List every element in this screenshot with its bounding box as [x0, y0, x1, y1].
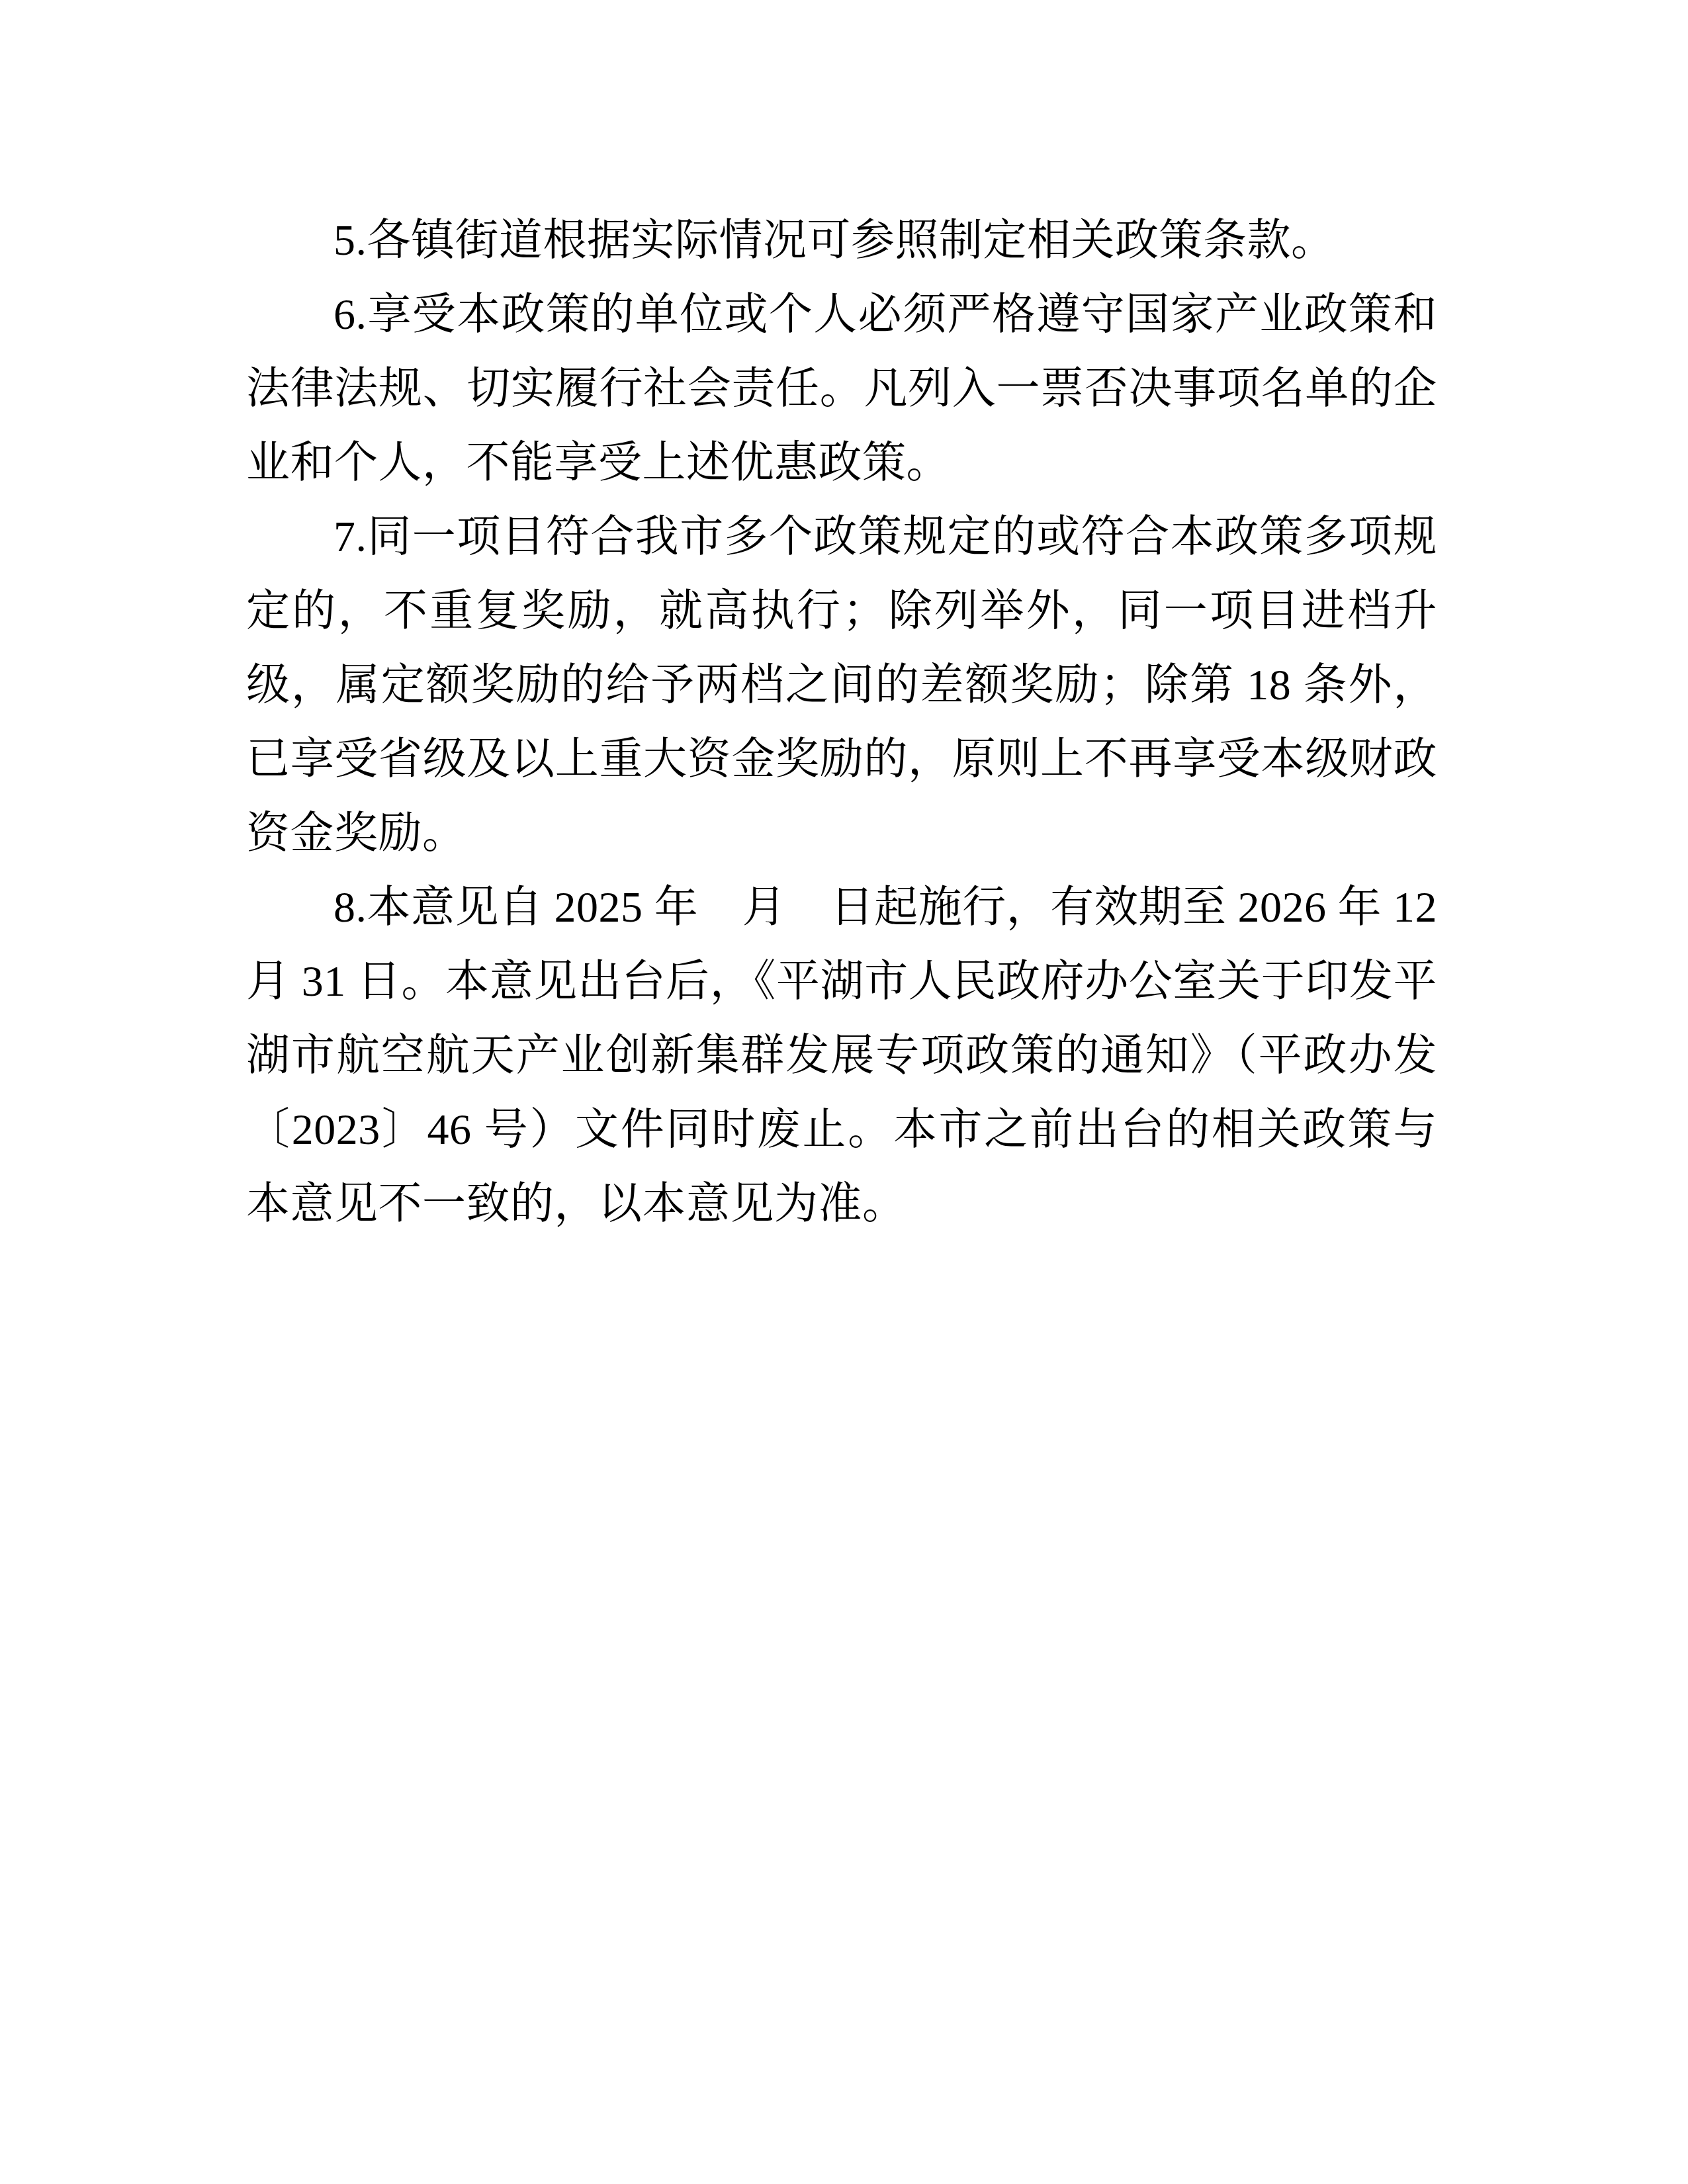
document-text-block: 5.各镇街道根据实际情况可参照制定相关政策条款。 6.享受本政策的单位或个人必须… [246, 204, 1437, 1241]
paragraph-clause-7: 7.同一项目符合我市多个政策规定的或符合本政策多项规定的，不重复奖励，就高执行；… [246, 500, 1437, 871]
paragraph-clause-8: 8.本意见自 2025 年 月 日起施行，有效期至 2026 年 12 月 31… [246, 871, 1437, 1241]
document-page: 5.各镇街道根据实际情况可参照制定相关政策条款。 6.享受本政策的单位或个人必须… [0, 0, 1688, 2184]
paragraph-clause-6: 6.享受本政策的单位或个人必须严格遵守国家产业政策和法律法规、切实履行社会责任。… [246, 278, 1437, 500]
paragraph-clause-5: 5.各镇街道根据实际情况可参照制定相关政策条款。 [246, 204, 1437, 278]
